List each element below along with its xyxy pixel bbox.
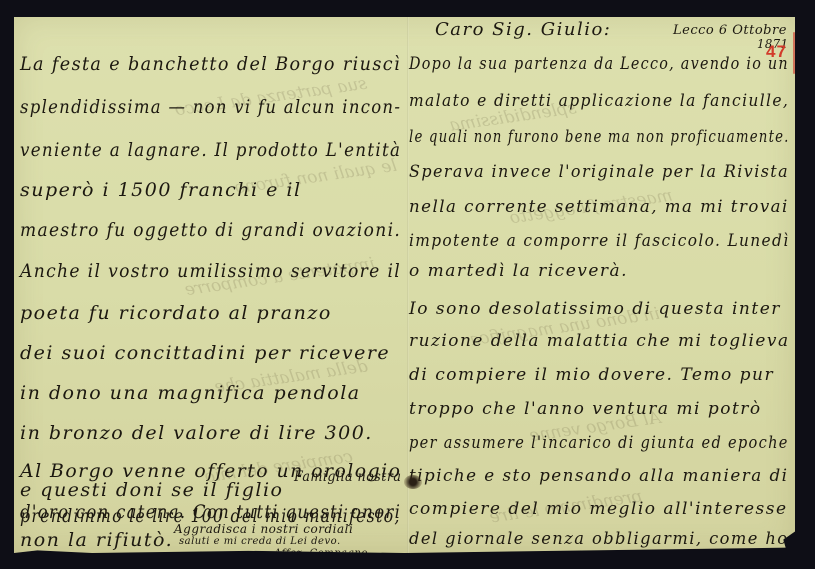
ink-stain <box>404 475 422 489</box>
salutation: Caro Sig. Giulio: <box>435 19 611 40</box>
dateline: Lecco 6 Ottobre <box>673 23 787 38</box>
right-line-4: Sperava invece l'originale per la Rivist… <box>409 162 789 182</box>
right-line-11: troppo che l'anno ventura mi potrò <box>409 399 762 419</box>
right-line-5: nella corrente settimana, ma mi trovai <box>409 197 789 217</box>
left-line-9: in dono una magnifica pendola <box>20 382 361 404</box>
right-line-13: tipiche e sto pensando alla maniera di <box>409 466 788 486</box>
archive-number: 47 <box>766 42 787 62</box>
left-line-13: e questi doni se il figlio <box>20 479 283 501</box>
closing-note-2: saluti e mi creda di Lei devo. <box>179 536 341 547</box>
right-line-6: impotente a comporre il fascicolo. Luned… <box>409 231 790 251</box>
left-line-8: dei suoi concittadini per ricevere <box>20 342 390 364</box>
right-page: splendidissima maestro fu oggetto in don… <box>409 17 795 553</box>
right-line-7: o martedì la riceverà. <box>409 261 628 281</box>
letter-sheet: sua partenza da Lecco le quali non furon… <box>14 17 795 553</box>
right-line-2: malato e diretti applicazione la fanciul… <box>409 91 789 111</box>
right-line-15: del giornale senza obbligarmi, come ho <box>409 529 789 549</box>
closing-note-3: Affez. Compagno <box>274 548 368 559</box>
left-page: sua partenza da Lecco le quali non furon… <box>14 17 407 553</box>
right-line-1: Dopo la sua partenza da Lecco, avendo io… <box>409 54 789 74</box>
right-line-14: compiere del mio meglio all'interesse <box>409 499 788 519</box>
right-line-12: per assumere l'incarico di giunta ed epo… <box>409 433 789 453</box>
right-line-8: Io sono desolatissimo di questa inter <box>409 299 781 319</box>
left-line-1: La festa e banchetto del Borgo riuscì <box>20 53 401 75</box>
left-marginal-note: Famiglia nostra <box>294 469 401 485</box>
left-line-4: superò i 1500 franchi e il <box>20 179 302 201</box>
left-line-15: non la rifiutò. <box>20 529 173 551</box>
left-line-5: maestro fu oggetto di grandi ovazioni. <box>20 219 401 241</box>
archive-red-mark <box>793 32 795 74</box>
left-line-6: Anche il vostro umilissimo servitore il <box>20 260 401 282</box>
left-line-7: poeta fu ricordato al pranzo <box>20 302 332 324</box>
right-line-9: ruzione della malattia che mi toglieva <box>409 331 790 351</box>
left-line-10: in bronzo del valore di lire 300. <box>20 422 373 444</box>
left-line-3: veniente a lagnare. Il prodotto L'entità <box>20 139 401 161</box>
right-line-10: di compiere il mio dovere. Temo pur <box>409 365 774 385</box>
right-line-3: le quali non furono bene ma non proficua… <box>409 127 790 147</box>
left-line-2: splendidissima — non vi fu alcun incon- <box>20 96 401 118</box>
closing-note: Aggradisca i nostri cordiali <box>174 522 353 536</box>
